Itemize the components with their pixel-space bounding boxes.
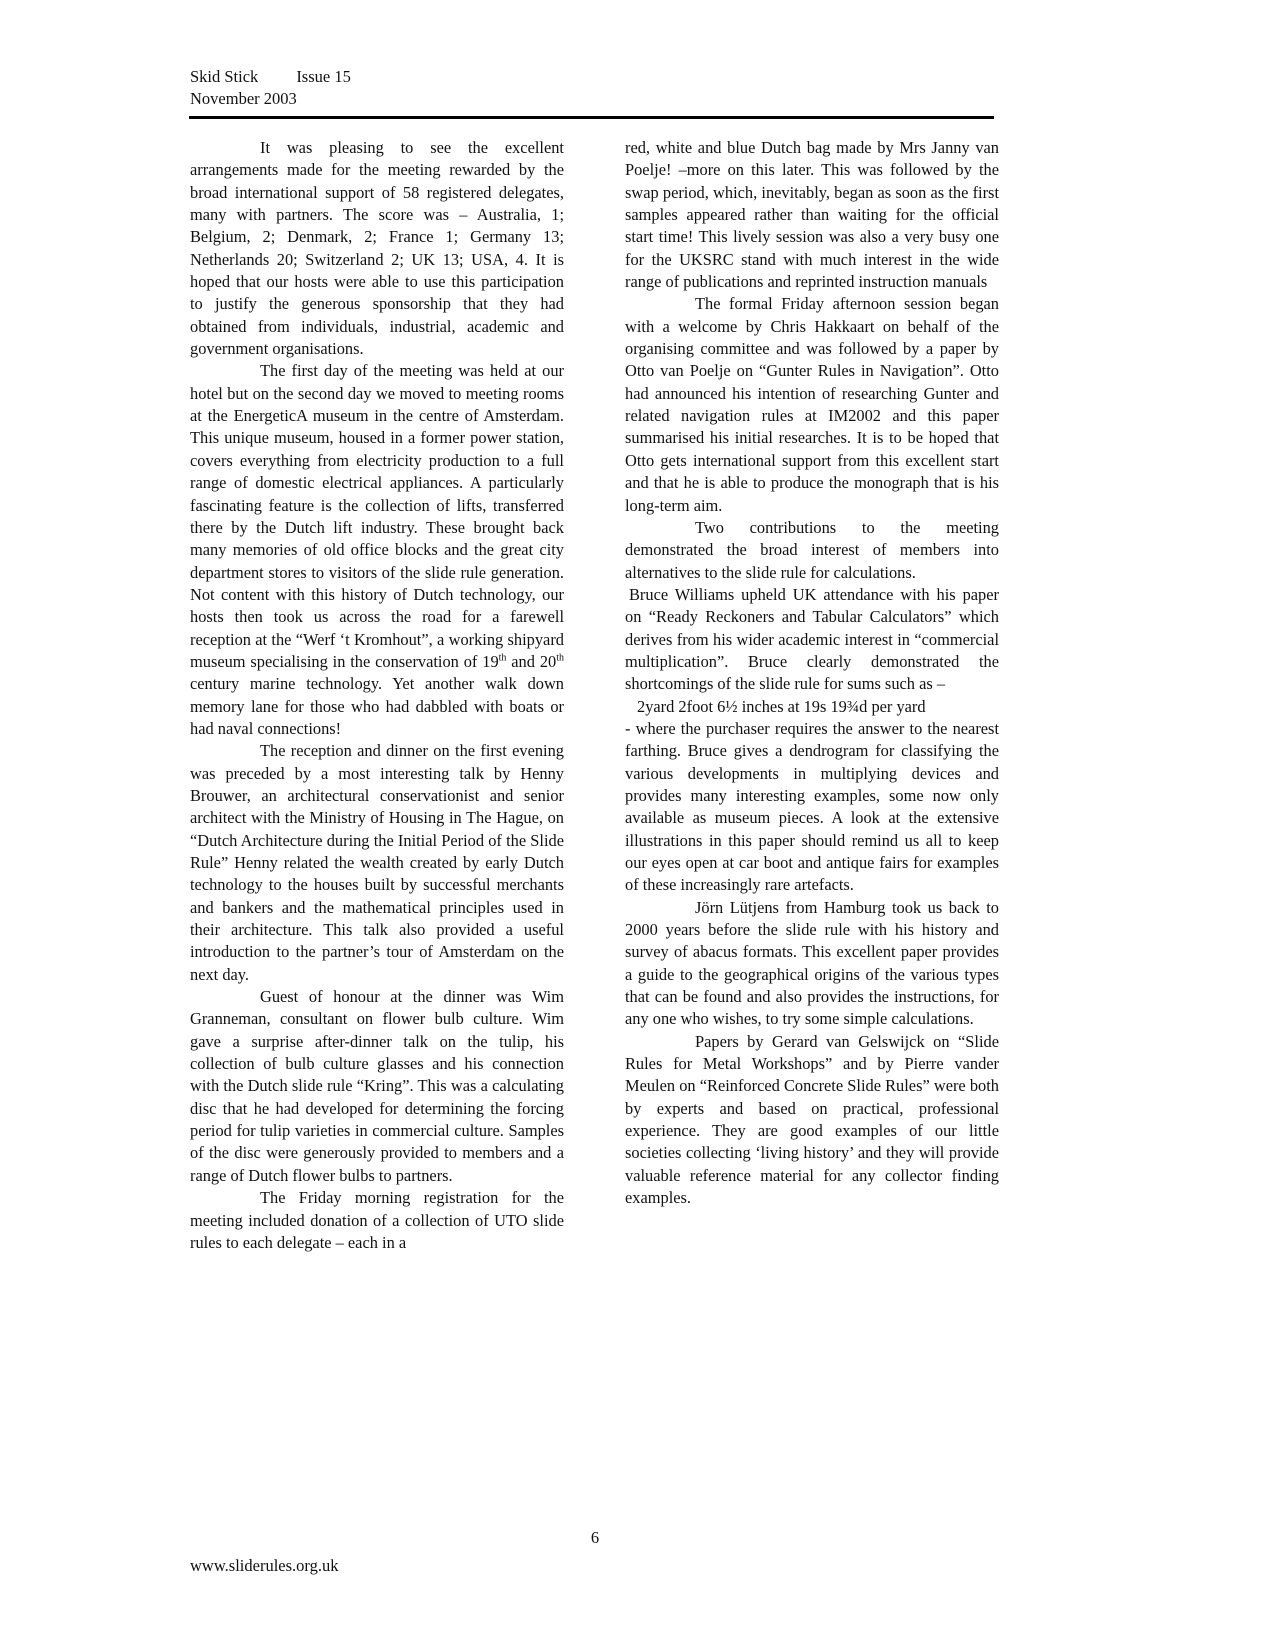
paragraph: The Friday morning registration for the … [190, 1187, 564, 1254]
paragraph: The reception and dinner on the first ev… [190, 740, 564, 986]
header-rule [189, 116, 994, 119]
paragraph: Bruce Williams upheld UK attendance with… [625, 584, 999, 696]
paragraph: Guest of honour at the dinner was Wim Gr… [190, 986, 564, 1187]
paragraph: The first day of the meeting was held at… [190, 360, 564, 740]
paragraph: The formal Friday afternoon session bega… [625, 293, 999, 516]
left-column: It was pleasing to see the excellent arr… [190, 137, 564, 1254]
paragraph: Two contributions to the meeting demonst… [625, 517, 999, 584]
right-column: red, white and blue Dutch bag made by Mr… [625, 137, 999, 1210]
footer-url: www.sliderules.org.uk [190, 1556, 338, 1576]
example-calculation: 2yard 2foot 6½ inches at 19s 19¾d per ya… [625, 696, 999, 718]
paragraph: - where the purchaser requires the answe… [625, 718, 999, 897]
page-number: 6 [585, 1528, 605, 1548]
issue-number: Issue 15 [296, 67, 351, 86]
paragraph: Papers by Gerard van Gelswijck on “Slide… [625, 1031, 999, 1210]
issue-date: November 2003 [190, 88, 351, 110]
newsletter-title: Skid Stick [190, 67, 258, 86]
paragraph: It was pleasing to see the excellent arr… [190, 137, 564, 360]
paragraph: red, white and blue Dutch bag made by Mr… [625, 137, 999, 293]
paragraph: Jörn Lütjens from Hamburg took us back t… [625, 897, 999, 1031]
page-header: Skid StickIssue 15 November 2003 [190, 66, 351, 110]
